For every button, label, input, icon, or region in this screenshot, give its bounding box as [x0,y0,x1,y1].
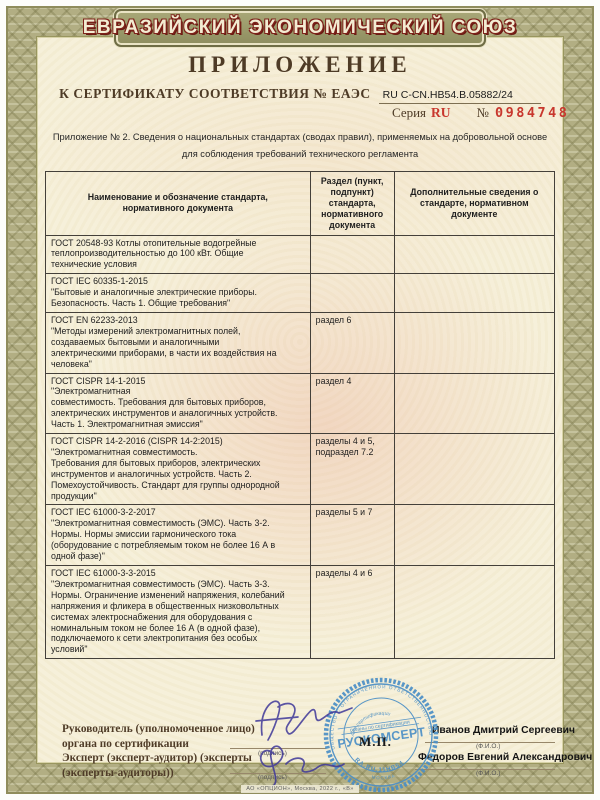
table-row: ГОСТ CISPR 14-1-2015 "Электромагнитная с… [46,373,555,434]
certificate-page: ЕВРАЗИЙСКИЙ ЭКОНОМИЧЕСКИЙ СОЮЗ ПРИЛОЖЕНИ… [0,0,600,800]
eaeu-banner: ЕВРАЗИЙСКИЙ ЭКОНОМИЧЕСКИЙ СОЮЗ [114,9,486,47]
standards-table: Наименование и обозначение стандарта, но… [45,171,555,659]
section-cell [310,274,394,313]
standard-name-cell: ГОСТ IEC 60335-1-2015 "Бытовые и аналоги… [46,274,311,313]
series-value: RU [431,105,451,121]
number-sign: № [477,105,489,121]
standard-name-cell: ГОСТ IEC 61000-3-2-2017 "Электромагнитна… [46,505,311,566]
standard-name-cell: ГОСТ EN 62233-2013 "Методы измерений эле… [46,312,311,373]
section-cell: разделы 4 и 6 [310,566,394,659]
section-cell: разделы 5 и 7 [310,505,394,566]
header-additional-info: Дополнительные сведения о стандарте, нор… [394,172,554,236]
info-cell [394,505,554,566]
stamp-bottom-arc-text: RA.RU.11НВ54 [353,751,406,778]
info-cell [394,373,554,434]
info-cell [394,566,554,659]
eaeu-banner-text: ЕВРАЗИЙСКИЙ ЭКОНОМИЧЕСКИЙ СОЮЗ [83,17,518,39]
leader-fio-caption: (Ф.И.О.) [476,743,500,750]
certificate-label: К СЕРТИФИКАТУ СООТВЕТСТВИЯ № ЕАЭС [59,86,370,102]
header-section: Раздел (пункт, подпункт) стандарта, норм… [310,172,394,236]
certificate-number: RU C-CN.HB54.B.05882/24 [379,89,541,104]
info-cell [394,312,554,373]
section-cell: раздел 4 [310,373,394,434]
series-line: Серия RU № 0984748 [392,105,569,121]
standard-name-cell: ГОСТ CISPR 14-2-2016 (CISPR 14-2:2015) "… [46,434,311,505]
seal-place-label: М.П. [359,734,392,750]
page-title: ПРИЛОЖЕНИЕ [0,52,600,78]
table-row: ГОСТ EN 62233-2013 "Методы измерений эле… [46,312,555,373]
form-imprint: АО «ОПЦИОН», Москва, 2022 г., «В» [0,777,600,795]
standard-name-cell: ГОСТ IEC 61000-3-3-2015 "Электромагнитна… [46,566,311,659]
info-cell [394,274,554,313]
leader-name: Иванов Дмитрий Сергеевич [432,725,575,736]
table-header-row: Наименование и обозначение стандарта, но… [46,172,555,236]
table-row: ГОСТ IEC 61000-3-3-2015 "Электромагнитна… [46,566,555,659]
expert-fio-caption: (Ф.И.О.) [476,770,500,777]
info-cell [394,434,554,505]
form-imprint-text: АО «ОПЦИОН», Москва, 2022 г., «В» [241,785,359,793]
info-cell [394,235,554,274]
section-cell: разделы 4 и 5, подраздел 7.2 [310,434,394,505]
section-cell [310,235,394,274]
table-row: ГОСТ IEC 60335-1-2015 "Бытовые и аналоги… [46,274,555,313]
certificate-number-line: К СЕРТИФИКАТУ СООТВЕТСТВИЯ № ЕАЭС RU C-C… [0,86,600,104]
standard-name-cell: ГОСТ CISPR 14-1-2015 "Электромагнитная с… [46,373,311,434]
table-row: ГОСТ IEC 61000-3-2-2017 "Электромагнитна… [46,505,555,566]
table-row: ГОСТ CISPR 14-2-2016 (CISPR 14-2:2015) "… [46,434,555,505]
intro-paragraph: Приложение № 2. Сведения о национальных … [30,129,570,163]
header-standard-name: Наименование и обозначение стандарта, но… [46,172,311,236]
svg-text:RA.RU.11НВ54: RA.RU.11НВ54 [353,751,406,778]
blank-number: 0984748 [495,105,569,121]
series-label: Серия [392,105,426,121]
section-cell: раздел 6 [310,312,394,373]
table-row: ГОСТ 20548-93 Котлы отопительные водогре… [46,235,555,274]
standard-name-cell: ГОСТ 20548-93 Котлы отопительные водогре… [46,235,311,274]
